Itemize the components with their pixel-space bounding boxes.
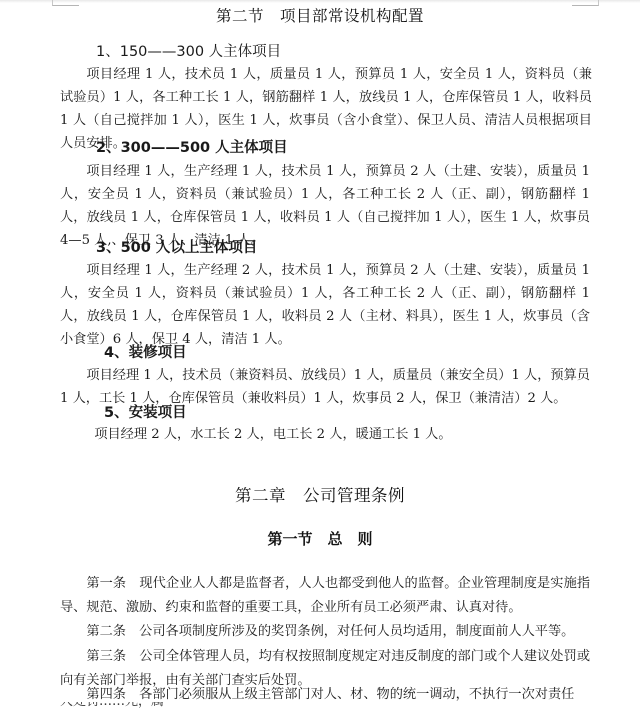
document-page: 第二节 项目部常设机构配置 1、150——300 人主体项目 项目经理 1 人，…	[0, 0, 640, 709]
cutoff-line: 人处罚……元，属	[60, 702, 360, 709]
section-title: 第二节 项目部常设机构配置	[0, 4, 640, 26]
article-label: 第二条	[60, 624, 126, 639]
item-text-3: 项目经理 1 人，生产经理 2 人，技术员 1 人，预算员 2 人（土建、安装）…	[60, 259, 590, 351]
article-label: 第三条	[60, 649, 126, 664]
article-label: 第一条	[60, 576, 126, 591]
article-2: 第二条公司各项制度所涉及的奖罚条例，对任何人员均适用，制度面前人人平等。	[60, 620, 590, 644]
item-heading-4: 4、装修项目	[104, 341, 187, 362]
subsection-title: 第一节 总 则	[0, 528, 640, 549]
article-label: 第四条	[60, 687, 126, 702]
article-1: 第一条现代企业人人都是监督者，人人也都受到他人的监督。企业管理制度是实施指导、规…	[60, 572, 590, 620]
article-text: 各部门必须服从上级主管部门对人、材、物的统一调动，不执行一次对责任	[139, 687, 574, 702]
article-text: 现代企业人人都是监督者，人人也都受到他人的监督。企业管理制度是实施指导、规范、激…	[60, 576, 590, 615]
item-text-5: 项目经理 2 人，水工长 2 人，电工长 2 人，暖通工长 1 人。	[60, 423, 590, 446]
item-heading-2: 2、300——500 人主体项目	[96, 136, 288, 157]
item-heading-1: 1、150——300 人主体项目	[96, 40, 281, 61]
item-heading-3: 3、500 人以上主体项目	[96, 236, 257, 257]
cutoff-text: 人处罚……元，属	[60, 702, 360, 709]
item-heading-5: 5、安装项目	[104, 401, 187, 422]
chapter-title: 第二章 公司管理条例	[0, 482, 640, 506]
page-top-edge	[0, 0, 640, 3]
article-text: 公司各项制度所涉及的奖罚条例，对任何人员均适用，制度面前人人平等。	[139, 624, 574, 639]
